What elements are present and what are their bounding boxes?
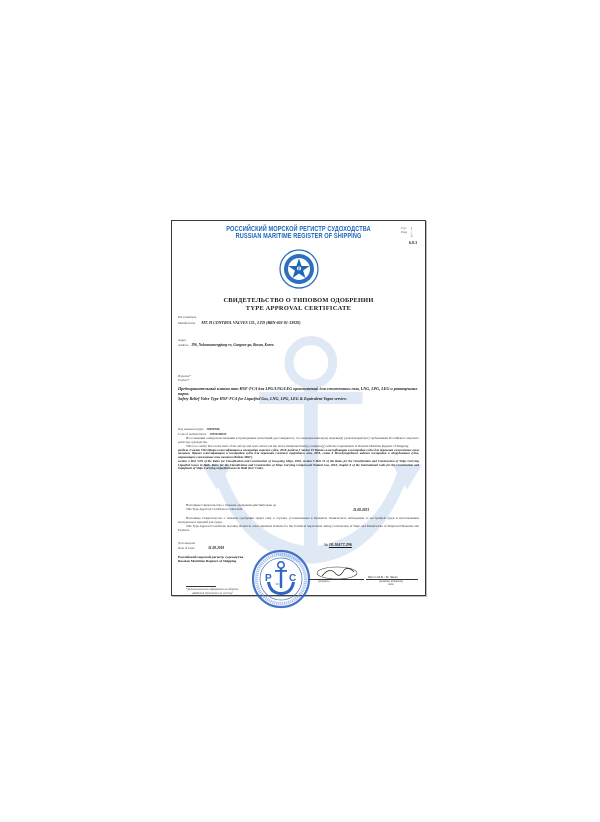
certification-text: На основании освидетельствования и прове… [178, 437, 419, 471]
manufacturer-section: Изготовитель Manufacturer MT. H CONTROL … [178, 316, 419, 326]
certificate-title: СВИДЕТЕЛЬСТВО О ТИПОВОМ ОДОБРЕНИИ TYPE A… [172, 297, 425, 313]
number-prefix: № [324, 542, 328, 547]
official-stamp-icon: Р С M.R. [251, 549, 311, 609]
footnote-en: Additional information on overleaf [186, 592, 239, 596]
rules-en: section 4 Part VIII of the Rules for Cla… [178, 460, 419, 471]
title-ru: СВИДЕТЕЛЬСТВО О ТИПОВОМ ОДОБРЕНИИ [172, 297, 425, 305]
svg-text:M.R.: M.R. [276, 582, 283, 586]
signatory-role: (фамилия, инициалы) name [370, 580, 412, 586]
validity-label-en: This Type Approval Certificate is valid … [178, 508, 242, 512]
invalid-clause-en: This Type Approval Certificate becomes i… [178, 525, 419, 533]
manufacturer-value: MT. H CONTROL VALVES CO., LTD (BRN 603-8… [201, 320, 300, 325]
address-value: 296, Noksansaneopjung-ro, Gangseo-gu, Bu… [191, 343, 273, 347]
product-desc-ru: Предохранительный клапан тип HSF-FCA для… [178, 386, 419, 396]
address-section: Адрес Address 296, Noksansaneopjung-ro, … [178, 339, 419, 348]
svg-text:Р: Р [265, 573, 272, 584]
product-desc-en: Safety Relief Valve Type HSF-FCA for Liq… [178, 396, 419, 401]
signature-hint: (подпись) [318, 580, 330, 583]
form-number: 6.8.3 [409, 240, 417, 245]
signature-line [308, 579, 364, 580]
manufacturer-label-en: Manufacturer [178, 322, 195, 326]
org-name-en: RUSSIAN MARITIME REGISTER OF SHIPPING [172, 233, 425, 242]
validity-date: 31.08.2023 [353, 508, 369, 512]
issue-label-en: Date of issue [178, 547, 208, 551]
title-en: TYPE APPROVAL CERTIFICATE [172, 305, 425, 313]
organization-header: РОССИЙСКИЙ МОРСКОЙ РЕГИСТР СУДОХОДСТВА R… [172, 227, 425, 241]
svg-text:С: С [289, 573, 296, 584]
validity-section: Настоящее Свидетельство о типовом одобре… [178, 504, 419, 512]
product-label-en: Product* [178, 379, 419, 383]
page-indicator: Стр. Page 1 / 2 [401, 227, 407, 234]
issue-date: 31.08.2018 [208, 546, 224, 550]
footnote: *Дополнительная информация на обороте Ad… [186, 588, 239, 595]
certificate-page: РОССИЙСКИЙ МОРСКОЙ РЕГИСТР СУДОХОДСТВА R… [171, 220, 426, 596]
product-section: Изделие* Product* Предохранительный клап… [178, 375, 419, 401]
page-number: 1 / 2 [411, 228, 413, 239]
page-label-en: Page [401, 231, 407, 235]
address-label-en: Address [178, 344, 188, 348]
certificate-number: № 18.10477.296 [324, 542, 352, 547]
rs-emblem-icon [279, 249, 319, 289]
role-en: name [370, 583, 412, 586]
nomenclature-value-ru: 10650300, [206, 427, 220, 431]
number-value: 18.10477.296 [329, 542, 352, 547]
invalidity-clause: Настоящее Свидетельство о типовом одобре… [178, 517, 419, 533]
